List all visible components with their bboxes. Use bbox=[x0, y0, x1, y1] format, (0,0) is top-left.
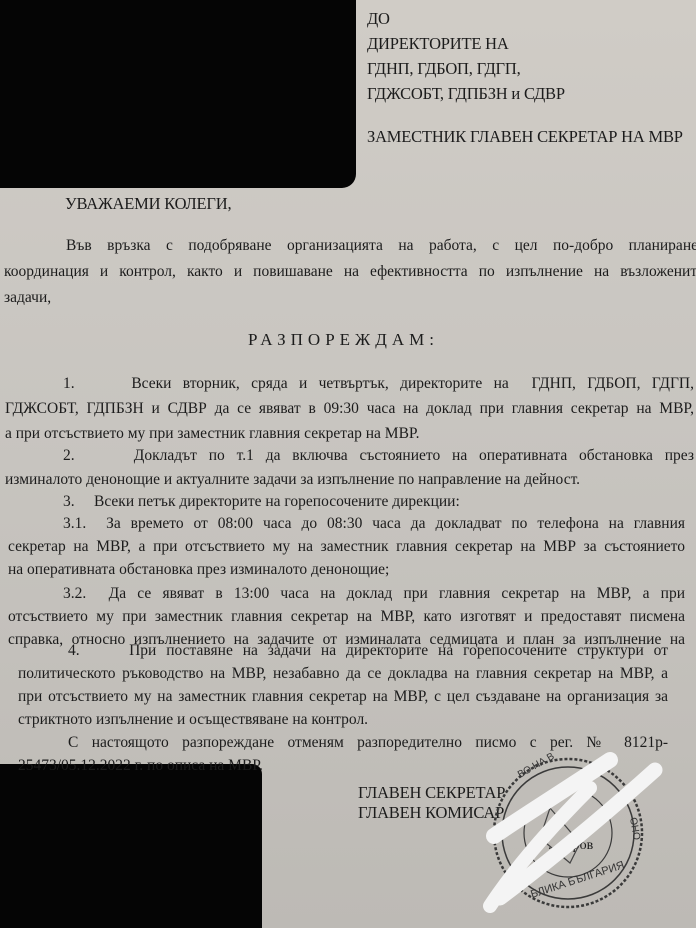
official-stamp-icon: БЛИКА БЪЛГАРИЯ ВО НА В ОНО bbox=[480, 748, 690, 928]
sender-title: ЗАМЕСТНИК ГЛАВЕН СЕКРЕТАР НА МВР bbox=[367, 127, 683, 147]
item-3: 3. Всеки петък директорите на горепосоче… bbox=[63, 492, 460, 512]
item-2-line-2: изминалото денонощие и актуалните задачи… bbox=[5, 470, 580, 490]
redaction-bottom-left bbox=[0, 764, 262, 928]
intro-line-3: задачи, bbox=[4, 288, 51, 308]
addressee-line-2: ГДНП, ГДБОП, ГДГП, bbox=[367, 59, 521, 79]
addressee-line-3: ГДЖСОБТ, ГДПБЗН и СДВР bbox=[367, 84, 565, 104]
greeting: УВАЖАЕМИ КОЛЕГИ, bbox=[65, 194, 231, 214]
svg-text:ВО НА В: ВО НА В bbox=[516, 751, 557, 781]
item-4-line-1: 4. При поставяне на задачи на директорит… bbox=[68, 641, 668, 661]
intro-line-2: координация и контрол, както и повишаван… bbox=[4, 262, 696, 282]
redaction-top-left bbox=[0, 0, 356, 188]
item-3-1-line-2: секретар на МВР, а при отсъствието му на… bbox=[8, 537, 685, 557]
item-3-2-line-2: отсъствието му при заместник главния сек… bbox=[8, 607, 685, 627]
item-1-line-2: ГДЖСОБТ, ГДПБЗН и СДВР да се явяват в 09… bbox=[5, 399, 694, 419]
item-3-1-line-3: на оперативната обстановка през изминало… bbox=[8, 560, 389, 580]
addressee-line-1: ДИРЕКТОРИТЕ НА bbox=[367, 34, 509, 54]
item-2-line-1: 2. Докладът по т.1 да включва състояниет… bbox=[63, 446, 694, 466]
item-1-line-1: 1. Всеки вторник, сряда и четвъртък, дир… bbox=[63, 374, 694, 394]
item-4-line-2: политическото ръководство на МВР, незаба… bbox=[18, 664, 668, 684]
intro-line-1: Във връзка с подобряване организацията н… bbox=[66, 236, 696, 256]
order-heading: РАЗПОРЕЖДАМ: bbox=[248, 330, 439, 350]
item-1-line-3: а при отсъствието му при заместник главн… bbox=[5, 424, 420, 444]
item-3-2-line-1: 3.2. Да се явяват в 13:00 часа на доклад… bbox=[63, 584, 685, 604]
item-4-line-4: стриктното изпълнение и осъществяване на… bbox=[18, 710, 368, 730]
addressee-to: ДО bbox=[367, 9, 390, 29]
item-3-1-line-1: 3.1. За времето от 08:00 часа до 08:30 ч… bbox=[63, 514, 685, 534]
closing-line-2: 25473/05.12.2022 г. по описа на МВР. bbox=[18, 756, 263, 776]
item-4-line-3: при отсъствието му на заместник главния … bbox=[18, 687, 668, 707]
